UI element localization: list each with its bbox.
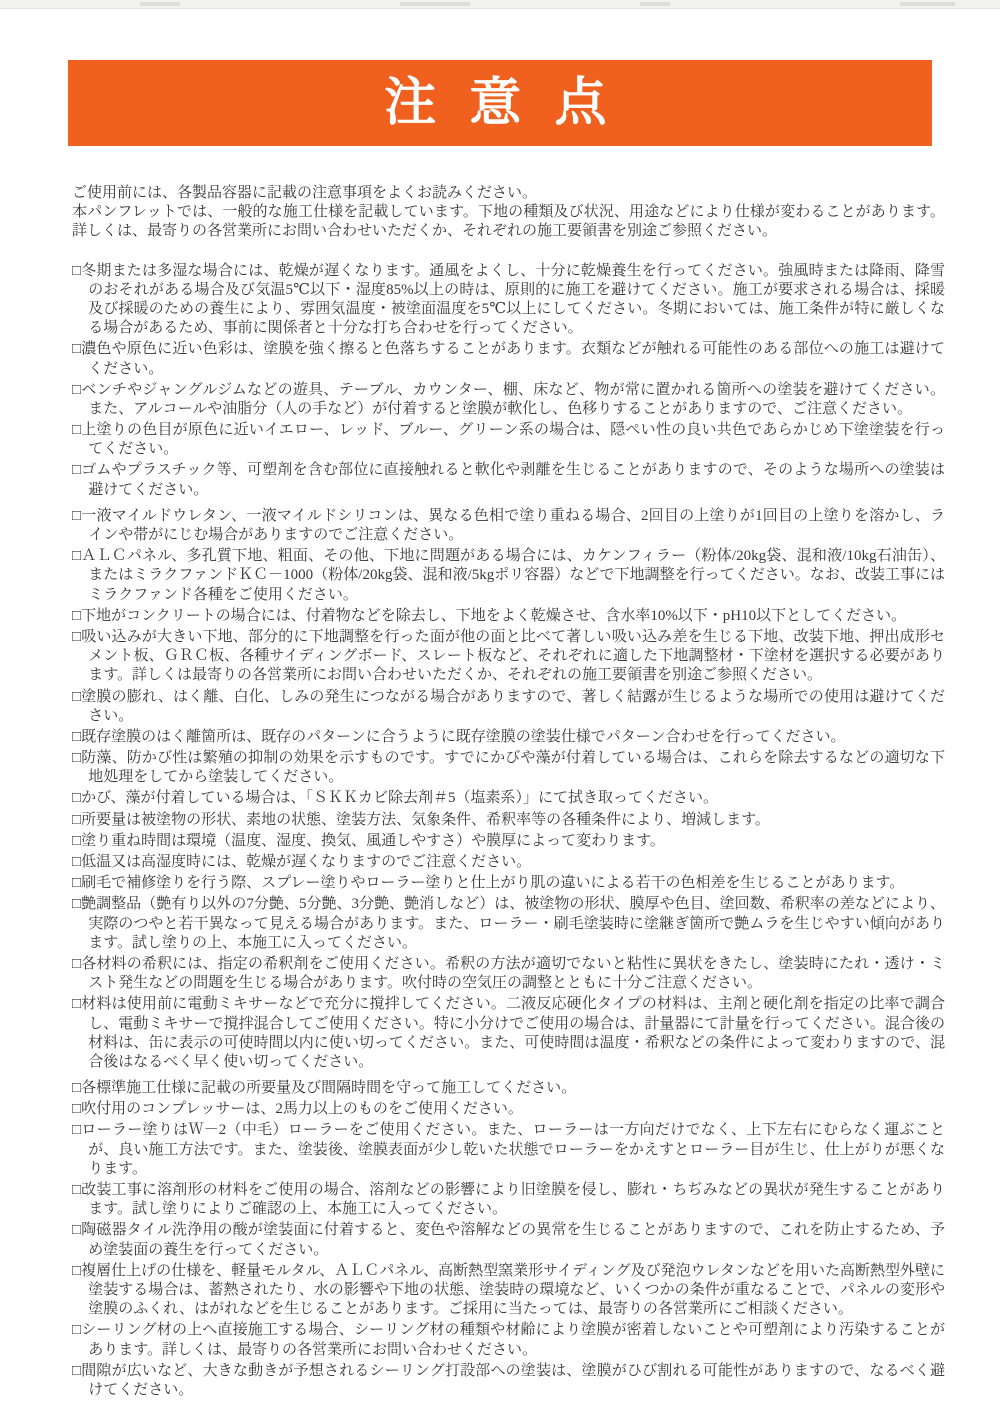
notice-text: 吸い込みが大きい下地、部分的に下地調整を行った面が他の面と比べて著しい吸い込み差… bbox=[81, 629, 945, 683]
notice-item: □各標準施工仕様に記載の所要量及び間隔時間を守って施工してください。 bbox=[72, 1079, 945, 1098]
notice-text: 改装工事に溶剤形の材料をご使用の場合、溶剤などの影響により旧塗膜を侵し、膨れ・ち… bbox=[81, 1182, 945, 1217]
notice-text: ローラー塗りはＷ－2（中毛）ローラーをご使用ください。また、ローラーは一方向だけ… bbox=[81, 1122, 945, 1176]
checkbox-marker: □ bbox=[72, 1080, 81, 1096]
notice-item: □下地がコンクリートの場合には、付着物などを除去し、下地をよく乾燥させ、含水率1… bbox=[72, 607, 945, 626]
checkbox-marker: □ bbox=[72, 1222, 81, 1238]
notice-item: □かび、藻が付着している場合は、「ＳＫＫカビ除去剤＃5（塩素系）」にて拭き取って… bbox=[72, 789, 945, 808]
notice-text: 濃色や原色に近い色彩は、塗膜を強く擦ると色落ちすることがあります。衣類などが触れ… bbox=[81, 341, 945, 376]
intro-paragraph: 本パンフレットでは、一般的な施工仕様を記載しています。下地の種類及び状況、用途な… bbox=[72, 203, 945, 241]
checkbox-marker: □ bbox=[72, 1322, 81, 1338]
notice-text: 防藻、防かび性は繁殖の抑制の効果を示すものです。すでにかびや藻が付着している場合… bbox=[81, 750, 945, 785]
scan-artifact bbox=[900, 2, 955, 6]
notice-text: ベンチやジャングルジムなどの遊具、テーブル、カウンター、棚、床など、物が常に置か… bbox=[81, 382, 945, 417]
notice-text: 材料は使用前に電動ミキサーなどで充分に撹拌してください。二液反応硬化タイプの材料… bbox=[81, 996, 945, 1070]
checkbox-marker: □ bbox=[72, 833, 81, 849]
notice-item: □吹付用のコンプレッサーは、2馬力以上のものをご使用ください。 bbox=[72, 1100, 945, 1119]
checkbox-marker: □ bbox=[72, 854, 81, 870]
scan-top-strip bbox=[0, 0, 1000, 9]
notice-item: □塗り重ね時間は環境（温度、湿度、換気、風通しやすさ）や膜厚によって変わります。 bbox=[72, 832, 945, 851]
scan-artifact bbox=[640, 2, 670, 6]
checkbox-marker: □ bbox=[72, 629, 81, 645]
notice-text: 上塗りの色目が原色に近いイエロー、レッド、ブルー、グリーン系の場合は、隠ぺい性の… bbox=[81, 422, 945, 457]
checkbox-marker: □ bbox=[72, 1363, 81, 1379]
checkbox-marker: □ bbox=[72, 750, 81, 766]
checkbox-marker: □ bbox=[72, 729, 81, 745]
intro-paragraph: ご使用前には、各製品容器に記載の注意事項をよくお読みください。 bbox=[72, 184, 945, 203]
checkbox-marker: □ bbox=[72, 1101, 81, 1117]
notice-text: 所要量は被塗物の形状、素地の状態、塗装方法、気象条件、希釈率等の各種条件により、… bbox=[81, 812, 770, 828]
notice-item: □ローラー塗りはＷ－2（中毛）ローラーをご使用ください。また、ローラーは一方向だ… bbox=[72, 1121, 945, 1179]
checkbox-marker: □ bbox=[72, 896, 81, 912]
notice-text: 各標準施工仕様に記載の所要量及び間隔時間を守って施工してください。 bbox=[81, 1080, 576, 1096]
notice-item: □上塗りの色目が原色に近いイエロー、レッド、ブルー、グリーン系の場合は、隠ぺい性… bbox=[72, 421, 945, 459]
notice-text: 陶磁器タイル洗浄用の酸が塗装面に付着すると、変色や溶解などの異常を生じることがあ… bbox=[81, 1222, 945, 1257]
notice-list: □冬期または多湿な場合には、乾燥が遅くなります。通風をよくし、十分に乾燥養生を行… bbox=[72, 262, 945, 1401]
notice-text: 複層仕上げの仕様を、軽量モルタル、ＡＬＣパネル、高断熱型窯業形サイディング及び発… bbox=[81, 1263, 945, 1317]
checkbox-marker: □ bbox=[72, 1122, 81, 1138]
checkbox-marker: □ bbox=[72, 548, 81, 564]
notice-item: □冬期または多湿な場合には、乾燥が遅くなります。通風をよくし、十分に乾燥養生を行… bbox=[72, 262, 945, 339]
checkbox-marker: □ bbox=[72, 996, 81, 1012]
notice-text: 塗膜の膨れ、はく離、白化、しみの発生につながる場合がありますので、著しく結露が生… bbox=[81, 689, 945, 724]
notice-text: 各材料の希釈には、指定の希釈剤をご使用ください。希釈の方法が適切でないと粘性に異… bbox=[81, 956, 945, 991]
notice-text: 塗り重ね時間は環境（温度、湿度、換気、風通しやすさ）や膜厚によって変わります。 bbox=[81, 833, 665, 849]
checkbox-marker: □ bbox=[72, 1263, 81, 1279]
checkbox-marker: □ bbox=[72, 462, 81, 478]
notice-item: □ベンチやジャングルジムなどの遊具、テーブル、カウンター、棚、床など、物が常に置… bbox=[72, 381, 945, 419]
checkbox-marker: □ bbox=[72, 508, 81, 524]
notice-text: 吹付用のコンプレッサーは、2馬力以上のものをご使用ください。 bbox=[81, 1101, 523, 1117]
notice-item: □ゴムやプラスチック等、可塑剤を含む部位に直接触れると軟化や剥離を生じることがあ… bbox=[72, 461, 945, 499]
checkbox-marker: □ bbox=[72, 263, 81, 279]
notice-item: □塗膜の膨れ、はく離、白化、しみの発生につながる場合がありますので、著しく結露が… bbox=[72, 688, 945, 726]
notice-text: 既存塗膜のはく離箇所は、既存のパターンに合うように既存塗膜の塗装仕様でパターン合… bbox=[81, 729, 845, 745]
checkbox-marker: □ bbox=[72, 790, 81, 806]
notice-text: ゴムやプラスチック等、可塑剤を含む部位に直接触れると軟化や剥離を生じることがあり… bbox=[81, 462, 945, 497]
notice-item: □ＡＬＣパネル、多孔質下地、粗面、その他、下地に問題がある場合には、カケンフィラ… bbox=[72, 547, 945, 605]
notice-text: 艶調整品（艶有り以外の7分艶、5分艶、3分艶、艶消しなど）は、被塗物の形状、膜厚… bbox=[81, 896, 945, 950]
notice-item: □一液マイルドウレタン、一液マイルドシリコンは、異なる色相で塗り重ねる場合、2回… bbox=[72, 507, 945, 545]
notice-text: ＡＬＣパネル、多孔質下地、粗面、その他、下地に問題がある場合には、カケンフィラー… bbox=[81, 548, 945, 602]
notice-text: シーリング材の上へ直接施工する場合、シーリング材の種類や材齢により塗膜が密着しな… bbox=[81, 1322, 945, 1357]
notice-text: 下地がコンクリートの場合には、付着物などを除去し、下地をよく乾燥させ、含水率10… bbox=[81, 608, 906, 624]
content-area: ご使用前には、各製品容器に記載の注意事項をよくお読みください。 本パンフレットで… bbox=[72, 184, 945, 1400]
notice-item: □艶調整品（艶有り以外の7分艶、5分艶、3分艶、艶消しなど）は、被塗物の形状、膜… bbox=[72, 895, 945, 953]
notice-item: □防藻、防かび性は繁殖の抑制の効果を示すものです。すでにかびや藻が付着している場… bbox=[72, 749, 945, 787]
scan-artifact bbox=[140, 2, 180, 6]
notice-item: □刷毛で補修塗りを行う際、スプレー塗りやローラー塗りと仕上がり肌の違いによる若干… bbox=[72, 874, 945, 893]
notice-item: □改装工事に溶剤形の材料をご使用の場合、溶剤などの影響により旧塗膜を侵し、膨れ・… bbox=[72, 1181, 945, 1219]
title-banner: 注 意 点 bbox=[68, 60, 932, 146]
checkbox-marker: □ bbox=[72, 812, 81, 828]
notice-item: □既存塗膜のはく離箇所は、既存のパターンに合うように既存塗膜の塗装仕様でパターン… bbox=[72, 728, 945, 747]
notice-item: □陶磁器タイル洗浄用の酸が塗装面に付着すると、変色や溶解などの異常を生じることが… bbox=[72, 1221, 945, 1259]
notice-text: 低温又は高湿度時には、乾燥が遅くなりますのでご注意ください。 bbox=[81, 854, 531, 870]
page-title: 注 意 点 bbox=[384, 77, 616, 129]
notice-item: □低温又は高湿度時には、乾燥が遅くなりますのでご注意ください。 bbox=[72, 853, 945, 872]
checkbox-marker: □ bbox=[72, 382, 81, 398]
checkbox-marker: □ bbox=[72, 422, 81, 438]
notice-text: 間隙が広いなど、大きな動きが予想されるシーリング打設部への塗装は、塗膜がひび割れ… bbox=[81, 1363, 945, 1398]
page: { "header": { "title": "注 意 点", "banner_… bbox=[0, 0, 1000, 1414]
checkbox-marker: □ bbox=[72, 1182, 81, 1198]
notice-item: □濃色や原色に近い色彩は、塗膜を強く擦ると色落ちすることがあります。衣類などが触… bbox=[72, 340, 945, 378]
checkbox-marker: □ bbox=[72, 608, 81, 624]
notice-text: 冬期または多湿な場合には、乾燥が遅くなります。通風をよくし、十分に乾燥養生を行っ… bbox=[81, 263, 945, 337]
scan-artifact bbox=[400, 2, 470, 6]
checkbox-marker: □ bbox=[72, 956, 81, 972]
notice-item: □間隙が広いなど、大きな動きが予想されるシーリング打設部への塗装は、塗膜がひび割… bbox=[72, 1362, 945, 1400]
checkbox-marker: □ bbox=[72, 341, 81, 357]
notice-text: 刷毛で補修塗りを行う際、スプレー塗りやローラー塗りと仕上がり肌の違いによる若干の… bbox=[81, 875, 904, 891]
notice-item: □吸い込みが大きい下地、部分的に下地調整を行った面が他の面と比べて著しい吸い込み… bbox=[72, 628, 945, 686]
notice-text: 一液マイルドウレタン、一液マイルドシリコンは、異なる色相で塗り重ねる場合、2回目… bbox=[81, 508, 945, 543]
checkbox-marker: □ bbox=[72, 689, 81, 705]
notice-item: □材料は使用前に電動ミキサーなどで充分に撹拌してください。二液反応硬化タイプの材… bbox=[72, 995, 945, 1072]
notice-item: □所要量は被塗物の形状、素地の状態、塗装方法、気象条件、希釈率等の各種条件により… bbox=[72, 811, 945, 830]
notice-item: □シーリング材の上へ直接施工する場合、シーリング材の種類や材齢により塗膜が密着し… bbox=[72, 1321, 945, 1359]
checkbox-marker: □ bbox=[72, 875, 81, 891]
notice-text: かび、藻が付着している場合は、「ＳＫＫカビ除去剤＃5（塩素系）」にて拭き取ってく… bbox=[81, 790, 718, 806]
notice-item: □各材料の希釈には、指定の希釈剤をご使用ください。希釈の方法が適切でないと粘性に… bbox=[72, 955, 945, 993]
notice-item: □複層仕上げの仕様を、軽量モルタル、ＡＬＣパネル、高断熱型窯業形サイディング及び… bbox=[72, 1262, 945, 1320]
